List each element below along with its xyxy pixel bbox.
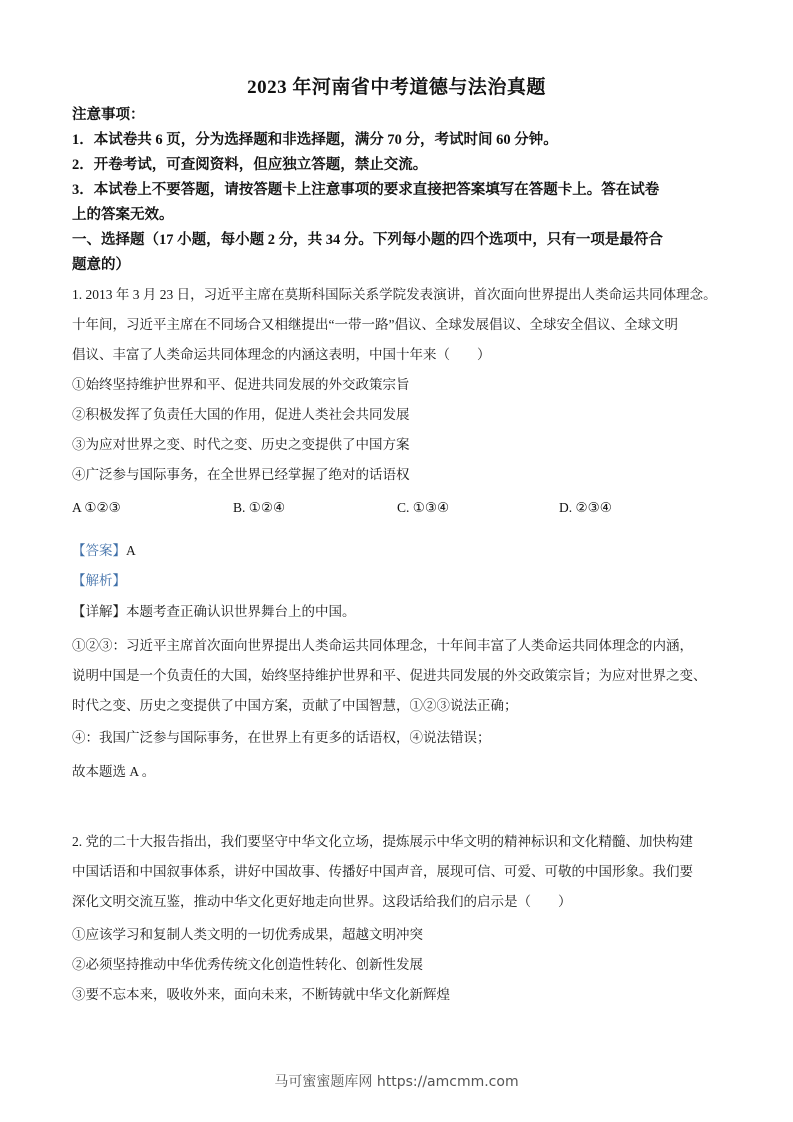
q2-statement-3: ③要不忘本来，吸收外来，面向未来，不断铸就中华文化新辉煌 <box>72 985 450 1005</box>
q1-detail-line-5: ④：我国广泛参与国际事务，在世界上有更多的话语权，④说法错误； <box>72 728 491 748</box>
notice-item-3-cont: 上的答案无效。 <box>72 203 174 227</box>
q1-detail-line-1: 【详解】本题考查正确认识世界舞台上的中国。 <box>72 602 356 622</box>
notice-heading: 注意事项： <box>72 103 145 127</box>
q1-detail-line-2: ①②③：习近平主席首次面向世界提出人类命运共同体理念，十年间丰富了人类命运共同体… <box>72 636 693 656</box>
q1-detail-line-3: 说明中国是一个负责任的大国，始终坚持维护世界和平、促进共同发展的外交政策宗旨；为… <box>72 666 707 686</box>
q1-detail-line-6: 故本题选 A 。 <box>72 762 155 782</box>
q1-option-b: B. ①②④ <box>233 500 285 516</box>
q1-statement-2: ②积极发挥了负责任大国的作用，促进人类社会共同发展 <box>72 405 410 425</box>
q2-statement-2: ②必须坚持推动中华优秀传统文化创造性转化、创新性发展 <box>72 955 423 975</box>
q1-answer: 【答案】A <box>72 541 136 561</box>
notice-item-1: 1．本试卷共 6 页，分为选择题和非选择题，满分 70 分，考试时间 60 分钟… <box>72 128 558 152</box>
q2-stem-line-2: 中国话语和中国叙事体系，讲好中国故事、传播好中国声音，展现可信、可爱、可敬的中国… <box>72 862 693 882</box>
q1-options: A ①②③ B. ①②④ C. ①③④ D. ②③④ <box>72 500 672 520</box>
q1-statement-4: ④广泛参与国际事务，在全世界已经掌握了绝对的话语权 <box>72 465 410 485</box>
q1-option-a: A ①②③ <box>72 500 121 516</box>
q1-detail-line-4: 时代之变、历史之变提供了中国方案，贡献了中国智慧，①②③说法正确； <box>72 696 518 716</box>
q2-stem-line-3: 深化文明交流互鉴，推动中华文化更好地走向世界。这段话给我们的启示是（ ） <box>72 892 572 912</box>
notice-item-2: 2．开卷考试，可查阅资料，但应独立答题，禁止交流。 <box>72 153 427 177</box>
analysis-label: 【解析】 <box>72 571 126 591</box>
q1-statement-3: ③为应对世界之变、时代之变、历史之变提供了中国方案 <box>72 435 410 455</box>
page-title: 2023 年河南省中考道德与法治真题 <box>0 72 793 99</box>
section-heading-cont: 题意的） <box>72 253 130 277</box>
q1-statement-1: ①始终坚持维护世界和平、促进共同发展的外交政策宗旨 <box>72 375 410 395</box>
q1-stem-line-1: 1. 2013 年 3 月 23 日，习近平主席在莫斯科国际关系学院发表演讲，首… <box>72 285 717 305</box>
section-heading: 一、选择题（17 小题，每小题 2 分，共 34 分。下列每小题的四个选项中，只… <box>72 228 663 252</box>
q1-stem-line-2: 十年间，习近平主席在不同场合又相继提出“一带一路”倡议、全球发展倡议、全球安全倡… <box>72 315 678 335</box>
exam-page: 2023 年河南省中考道德与法治真题 注意事项： 1．本试卷共 6 页，分为选择… <box>0 0 793 1122</box>
q1-option-c: C. ①③④ <box>397 500 449 516</box>
answer-value: A <box>126 543 136 558</box>
q2-stem-line-1: 2. 党的二十大报告指出，我们要坚守中华文化立场，提炼展示中华文明的精神标识和文… <box>72 832 693 852</box>
notice-item-3: 3．本试卷上不要答题，请按答题卡上注意事项的要求直接把答案填写在答题卡上。答在试… <box>72 178 659 202</box>
footer-watermark: 马可蜜蜜题库网 https://amcmm.com <box>0 1071 793 1091</box>
q1-option-d: D. ②③④ <box>559 500 612 516</box>
q1-stem-line-3: 倡议、丰富了人类命运共同体理念的内涵这表明，中国十年来（ ） <box>72 345 491 365</box>
q2-statement-1: ①应该学习和复制人类文明的一切优秀成果，超越文明冲突 <box>72 925 423 945</box>
answer-label: 【答案】 <box>72 543 126 558</box>
